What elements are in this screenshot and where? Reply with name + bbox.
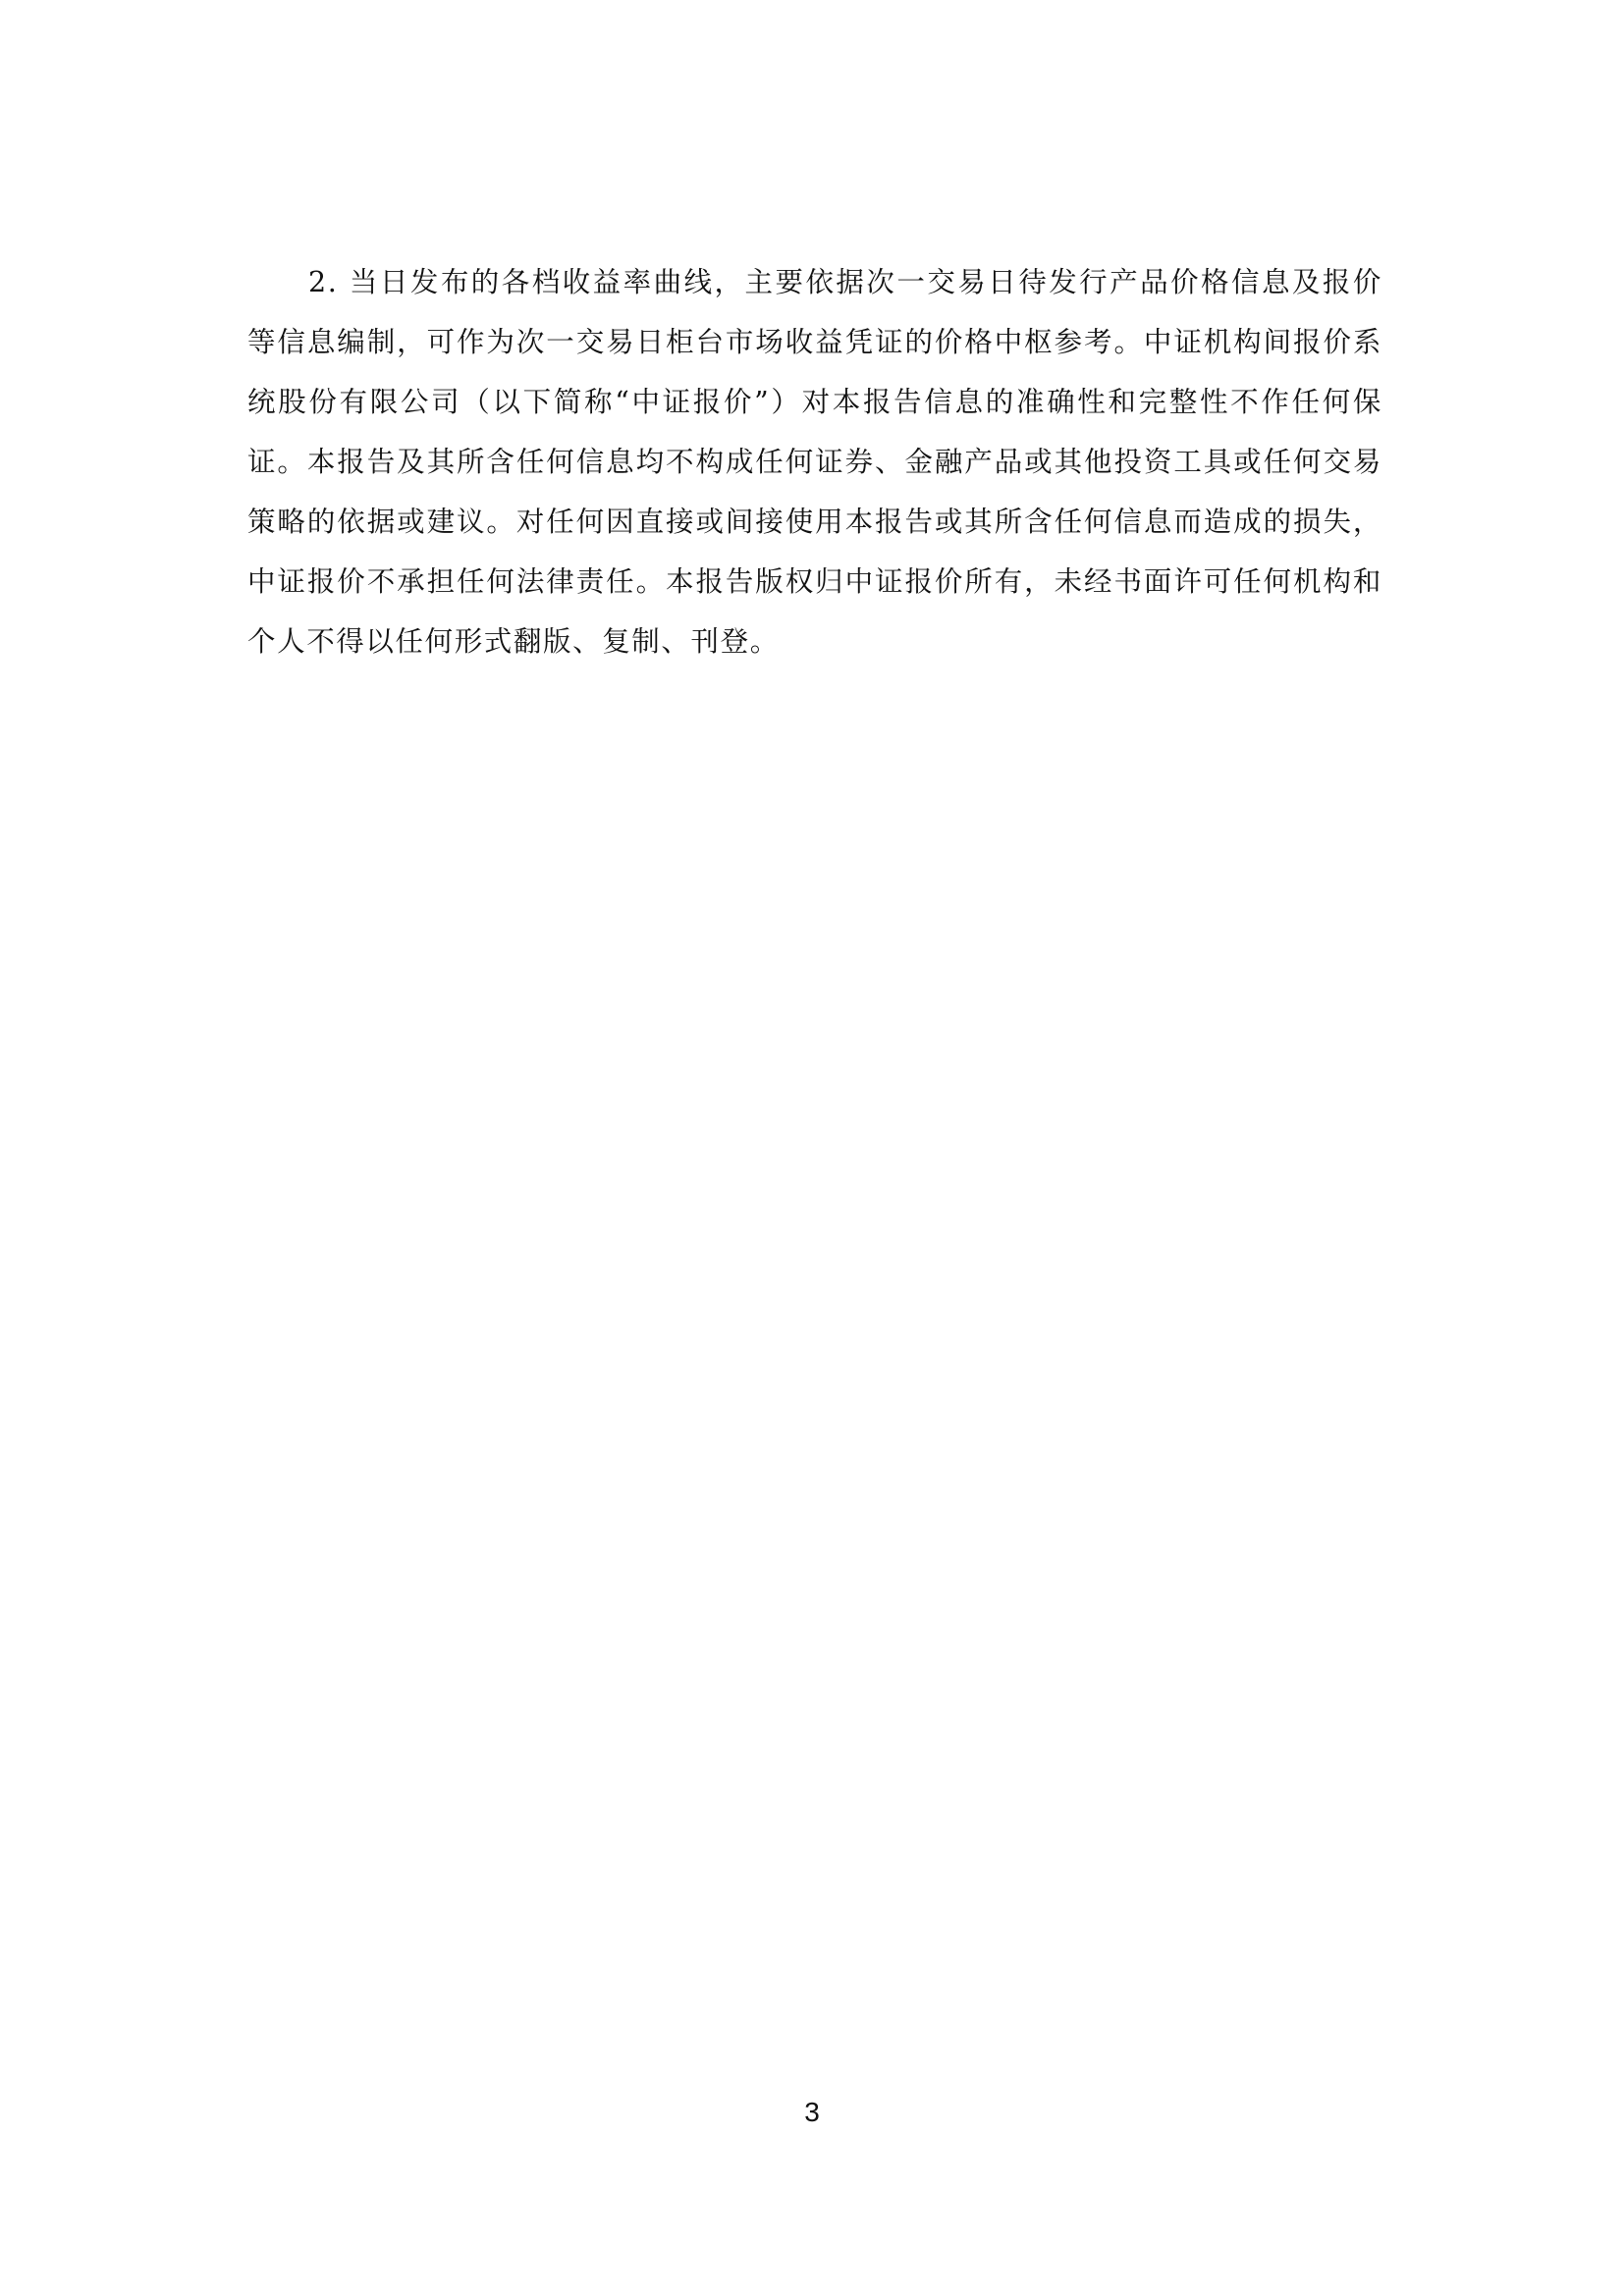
disclaimer-paragraph: 2. 当日发布的各档收益率曲线，主要依据次一交易日待发行产品价格信息及报价等信息…	[247, 252, 1382, 671]
page-number: 3	[0, 2097, 1624, 2128]
document-page: 2. 当日发布的各档收益率曲线，主要依据次一交易日待发行产品价格信息及报价等信息…	[0, 0, 1624, 2296]
